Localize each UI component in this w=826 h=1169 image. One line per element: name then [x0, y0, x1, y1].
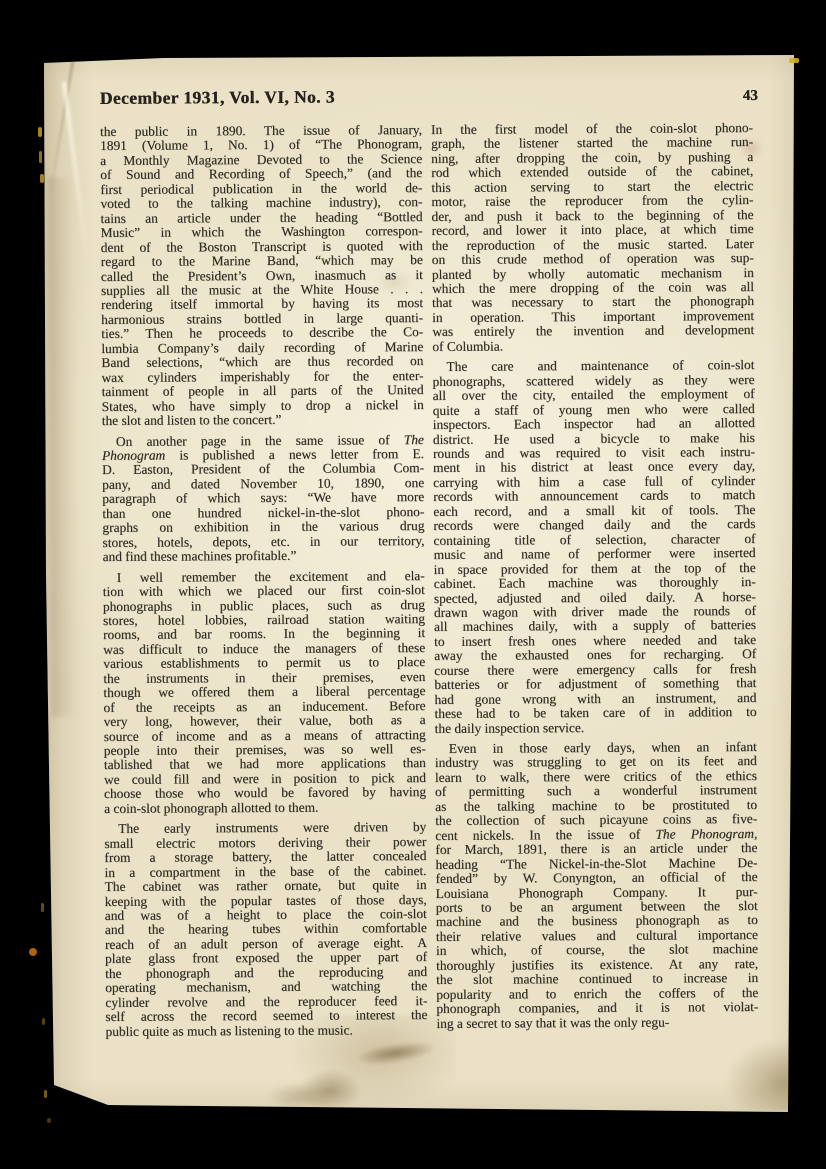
stain — [722, 1037, 808, 1112]
paper-crease — [62, 82, 90, 271]
issue-line: December 1931, Vol. VI, No. 3 — [100, 87, 335, 109]
paragraph: The early instruments were driven bysmal… — [104, 820, 427, 1039]
edge-speck — [39, 151, 42, 163]
paragraph: The care and maintenance of coin-slotpho… — [432, 358, 756, 736]
edge-speck — [789, 58, 799, 63]
edge-speck — [38, 127, 42, 137]
text-line: was entirely the invention and developme… — [432, 323, 754, 339]
stain — [354, 1037, 438, 1069]
paper-crease-shadow — [48, 177, 77, 717]
edge-speck — [47, 1118, 51, 1123]
page-number: 43 — [743, 88, 758, 105]
stain — [300, 1069, 362, 1111]
text-line: a coin-slot phonograph allotted to them. — [104, 800, 426, 816]
text-line: the slot and listen to the concert.” — [102, 412, 424, 428]
text-line: ing a secret to say that it was the only… — [436, 1015, 758, 1031]
paragraph: I well remember the excitement and ela-t… — [103, 569, 426, 817]
paragraph: In the first model of the coin-slot phon… — [431, 121, 754, 354]
edge-speck — [40, 174, 44, 183]
article-columns: the public in 1890. The issue of January… — [100, 121, 759, 1039]
text-line: these had to be taken care of in additio… — [434, 705, 756, 721]
column-left: the public in 1890. The issue of January… — [100, 123, 428, 1039]
text-line: and find these machines profitable.” — [103, 548, 425, 564]
magazine-page: December 1931, Vol. VI, No. 3 43 the pub… — [44, 55, 794, 1113]
stain — [266, 1082, 336, 1112]
paragraph: Even in those early days, when an infant… — [435, 740, 759, 1031]
paragraph: On another page in the same issue of The… — [102, 433, 425, 565]
paper-crease — [47, 54, 75, 202]
page-header: December 1931, Vol. VI, No. 3 43 — [100, 84, 758, 109]
edge-speck — [29, 948, 37, 956]
text-line: of Columbia. — [432, 338, 754, 354]
paragraph: the public in 1890. The issue of January… — [100, 123, 424, 428]
text-line: the daily inspection service. — [435, 720, 757, 736]
edge-speck — [42, 1018, 45, 1025]
column-right: In the first model of the coin-slot phon… — [431, 121, 759, 1037]
page-content: December 1931, Vol. VI, No. 3 43 the pub… — [44, 53, 800, 1116]
text-line: public quite as much as listening to the… — [105, 1023, 427, 1039]
edge-speck — [44, 1090, 47, 1098]
edge-speck — [41, 903, 44, 912]
scanned-document: December 1931, Vol. VI, No. 3 43 the pub… — [0, 0, 826, 1169]
